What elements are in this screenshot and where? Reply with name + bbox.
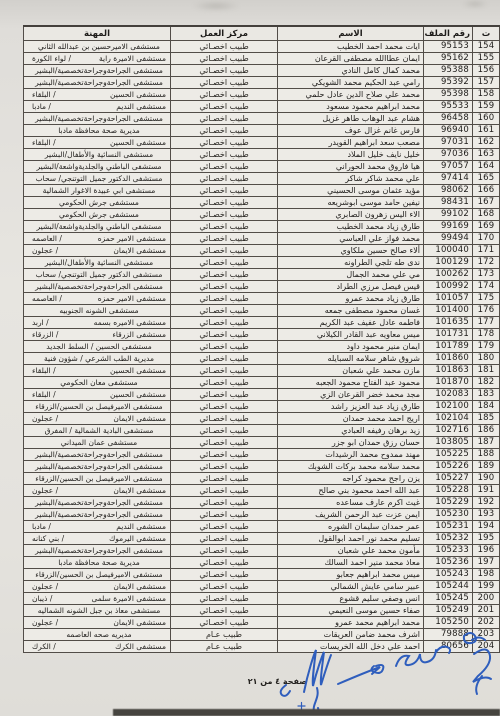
employee-name: ندى طه تلجي الطراونه	[278, 257, 424, 269]
work-center: طبيب اخصـائي	[171, 149, 278, 161]
job-cell-inner: مستشفى الجراحةوجراحةتخصصية/البشير	[28, 461, 166, 472]
job-cell-inner: مستشفى اليرموك / بني كنانه	[28, 533, 166, 544]
file-number: 95392	[424, 77, 473, 89]
table-row: 154 95153 ايات محمد احمد الخطيب طبيب اخص…	[24, 41, 500, 53]
table-row: 187 103805 حسان رزق حمدان ابو جزر طبيب ا…	[24, 437, 500, 449]
employee-name: يزن راجح محمود كراجه	[278, 473, 424, 485]
employee-name: عبير سامي عايش الشمالي	[278, 581, 424, 593]
file-number: 97414	[424, 173, 473, 185]
job-cell-inner: مستشفى النسائية والأطفال/البشير	[28, 257, 166, 268]
work-center: طبيب اخصـائي	[171, 593, 278, 605]
employee-name: عمر حمدان سليمان الشوره	[278, 521, 424, 533]
scanned-document-page: ت رقم الملف الاسم مركز العمل المهنة 154 …	[0, 0, 500, 716]
work-center: طبيب اخصـائي	[171, 509, 278, 521]
table-row: 168 99102 الاء اليس زهرون الصابري طبيب ا…	[24, 209, 500, 221]
work-center: طبيب اخصـائي	[171, 569, 278, 581]
row-number: 168	[473, 209, 500, 221]
table-row: 183 102083 مجد محمد خضر القرعان الزي طبي…	[24, 389, 500, 401]
job-cell-inner: مستشفى الاميرفيصل بن الحسين/الزرقاء	[28, 569, 166, 580]
employee-name: علي محمد شاكر شاكر	[278, 173, 424, 185]
row-number: 163	[473, 149, 500, 161]
file-number: 101789	[424, 341, 473, 353]
employee-name: شروق شاهر سلامه السبايله	[278, 353, 424, 365]
file-number: 101731	[424, 329, 473, 341]
work-center: طبيب اخصـائي	[171, 449, 278, 461]
job-title: مستشفى الجراحةوجراحةتخصصية/البشير	[35, 497, 163, 508]
file-number: 101400	[424, 305, 473, 317]
column-header-serial: ت	[473, 26, 500, 41]
scan-smudge	[192, 1, 240, 11]
employee-name: محمد علي صلاح الدين عادل حلمي	[278, 89, 424, 101]
job-title: مستشفى الجراحةوجراحةتخصصية/البشير	[35, 65, 163, 76]
job-cell-inner: مستشفى الكرك / الكرك	[28, 641, 166, 652]
employee-name: اريج احمد محمد حمدان	[278, 413, 424, 425]
file-number: 97036	[424, 149, 473, 161]
table-row: 157 95392 رامي عبد الحكيم محمد الشويكي ط…	[24, 77, 500, 89]
table-row: 184 102100 طارق زياد عبد العزيز راشد طبي…	[24, 401, 500, 413]
job-location: / عجلون	[28, 245, 58, 256]
work-center: طبيب اخصـائي	[171, 497, 278, 509]
job-title: مديرية صحة محافظة مادبا	[58, 557, 140, 568]
job-title: مستشفى الحسين	[110, 89, 166, 100]
file-number: 105244	[424, 581, 473, 593]
file-number: 100040	[424, 245, 473, 257]
work-center: طبيب اخصـائي	[171, 257, 278, 269]
employee-name: ايمان عطاالله مصطفى القرعان	[278, 53, 424, 65]
work-center: طبيب اخصـائي	[171, 113, 278, 125]
job-location: / البلقاء	[28, 389, 56, 400]
table-row: 192 105229 غيث اكرم عارف مساعده طبيب اخص…	[24, 497, 500, 509]
work-center: طبيب اخصـائي	[171, 461, 278, 473]
job-cell-inner: مستشفى الايمان / عجلون	[28, 617, 166, 628]
work-center: طبيب اخصـائي	[171, 125, 278, 137]
work-center: طبيب اخصـائي	[171, 617, 278, 629]
job-cell-inner: مستشفى معان الحكومي	[28, 377, 166, 388]
job-title: مستشفى الحسين	[110, 365, 166, 376]
table-row: 160 96458 هشام عبد الوهاب طاهر غزيل طبيب…	[24, 113, 500, 125]
job-title: مستشفى النديم	[116, 521, 166, 532]
job-title: مستشفى الجراحةوجراحةتخصصية/البشير	[35, 77, 163, 88]
row-number: 176	[473, 305, 500, 317]
work-center: طبيب اخصـائي	[171, 401, 278, 413]
job-title: مستشفى الحسين / السلط الجديد	[46, 341, 151, 352]
employee-name: طارق زياد عبد العزيز راشد	[278, 401, 424, 413]
table-row: 186 102716 زيد برهان رفيفه العبادي طبيب …	[24, 425, 500, 437]
job-cell-inner: مستشفى النديم / مادبا	[28, 101, 166, 112]
file-number: 105243	[424, 569, 473, 581]
work-center: طبيب اخصـائي	[171, 341, 278, 353]
work-center: طبيب اخصـائي	[171, 245, 278, 257]
job-cell-inner: مستشفى الحسين / البلقاء	[28, 137, 166, 148]
row-number: 159	[473, 101, 500, 113]
job-cell-inner: مستشفى الجراحةوجراحةتخصصية/البشير	[28, 545, 166, 556]
table-row: 172 100129 ندى طه تلجي الطراونه طبيب اخص…	[24, 257, 500, 269]
row-number: 185	[473, 413, 500, 425]
signature-middle-flick	[436, 647, 450, 653]
job-title: مستشفى الجراحةوجراحةتخصصية/البشير	[35, 545, 163, 556]
job-location: / الكرك	[28, 641, 56, 652]
work-center: طبيب اخصـائي	[171, 77, 278, 89]
employee-name: محمد ابراهيم محمد عمرو	[278, 617, 424, 629]
work-center: طبيب اخصـائي	[171, 353, 278, 365]
row-number: 175	[473, 293, 500, 305]
file-number: 101863	[424, 365, 473, 377]
work-center: طبيب اخصـائي	[171, 65, 278, 77]
job-title: مستشفى الامير حمزه	[98, 293, 166, 304]
employee-name: الاء اليس زهرون الصابري	[278, 209, 424, 221]
employee-name: غسان محمود مصطفى جمعه	[278, 305, 424, 317]
job-title: مستشفى الكرك	[115, 641, 166, 652]
signature-middle-squiggle	[396, 650, 436, 666]
file-number: 101860	[424, 353, 473, 365]
job-location: / العاصمه	[28, 233, 62, 244]
work-center: طبيب اخصـائي	[171, 557, 278, 569]
work-center: طبيب اخصـائي	[171, 269, 278, 281]
table-row: 176 101400 غسان محمود مصطفى جمعه طبيب اخ…	[24, 305, 500, 317]
row-number: 188	[473, 449, 500, 461]
job-cell-inner: مستشفى الايمان / عجلون	[28, 413, 166, 424]
file-number: 105226	[424, 461, 473, 473]
row-number: 161	[473, 125, 500, 137]
work-center: طبيب اخصـائي	[171, 425, 278, 437]
job-location: / بني كنانه	[28, 533, 64, 544]
file-number: 102104	[424, 413, 473, 425]
row-number: 173	[473, 269, 500, 281]
table-row: 171 100040 ألاء صالح حسين ملكاوي طبيب اخ…	[24, 245, 500, 257]
file-number: 95398	[424, 89, 473, 101]
job-cell-inner: مستشفى الاميرة راية / لواء الكورة	[28, 53, 166, 64]
job-location: / الزرقاء	[28, 329, 58, 340]
row-number: 194	[473, 521, 500, 533]
row-number: 170	[473, 233, 500, 245]
table-row: 194 105231 عمر حمدان سليمان الشوره طبيب …	[24, 521, 500, 533]
work-center: طبيب اخصـائي	[171, 581, 278, 593]
job-location: / مادبا	[28, 521, 51, 532]
row-number: 202	[473, 617, 500, 629]
work-center: طبيب اخصـائي	[171, 413, 278, 425]
work-center: طبيب اخصـائي	[171, 101, 278, 113]
row-number: 192	[473, 497, 500, 509]
table-row: 163 97036 خليل نايف خليل الملاد طبيب اخص…	[24, 149, 500, 161]
file-number: 100129	[424, 257, 473, 269]
row-number: 157	[473, 77, 500, 89]
job-title: مستشفى البادية الشمالية / المفرق	[45, 425, 154, 436]
table-row: 201 105249 صفاء حسين موسى النعيمي طبيب ا…	[24, 605, 500, 617]
job-cell-inner: مستشفى البادية الشمالية / المفرق	[28, 425, 166, 436]
file-number: 105231	[424, 521, 473, 533]
job-title: مستشفى معان الحكومي	[60, 377, 137, 388]
job-cell-inner: مستشفى الاميرة سلمى / ذيبان	[28, 593, 166, 604]
job-cell-inner: مستشفى الايمان / عجلون	[28, 245, 166, 256]
table-row: 156 95388 محمد كمال كامل النادي طبيب اخص…	[24, 65, 500, 77]
job-location: / البلقاء	[28, 137, 56, 148]
employee-name: رامي عبد الحكيم محمد الشويكي	[278, 77, 424, 89]
row-number: 171	[473, 245, 500, 257]
row-number: 181	[473, 365, 500, 377]
job-title: مستشفى الاميرفيصل بن الحسين/الزرقاء	[35, 473, 162, 484]
employee-name: طارق زياد محمد الخطيب	[278, 221, 424, 233]
employee-name: ألاء صالح حسين ملكاوي	[278, 245, 424, 257]
file-number: 103805	[424, 437, 473, 449]
staff-roster-table: ت رقم الملف الاسم مركز العمل المهنة 154 …	[23, 25, 500, 653]
job-cell-inner: مستشفى ابي عبيدة الاغوار الشمالية	[28, 185, 166, 196]
job-title: مستشفى الدكتور جميل التوتنجي/ سحاب	[36, 173, 163, 184]
job-title: مستشفى الجراحةوجراحةتخصصية/البشير	[35, 461, 163, 472]
job-title: مستشفى الاميرحسين بن عبدالله الثاني	[38, 41, 160, 52]
row-number: 162	[473, 137, 500, 149]
table-row: 159 95533 محمد ابراهيم محمود مسعود طبيب …	[24, 101, 500, 113]
job-cell-inner: مستشفى الباطني والجلديةواشعة/البشير	[28, 161, 166, 172]
employee-name: ايمن عزت عبد الرحمن الشريف	[278, 509, 424, 521]
column-header-profession: المهنة	[24, 26, 171, 41]
job-location: / البلقاء	[28, 89, 56, 100]
column-header-name: الاسم	[278, 26, 424, 41]
job-cell-inner: مستشفى الدكتور جميل التوتنجي/ سحاب	[28, 173, 166, 184]
table-row: 181 101863 مازن محمد علي شعبان طبيب اخصـ…	[24, 365, 500, 377]
job-cell-inner: مستشفى الجراحةوجراحةتخصصية/البشير	[28, 449, 166, 460]
table-row: 199 105244 عبير سامي عايش الشمالي طبيب ا…	[24, 581, 500, 593]
scan-edge-bar	[113, 709, 500, 716]
employee-name: مجد محمد خضر القرعان الزي	[278, 389, 424, 401]
file-number: 105227	[424, 473, 473, 485]
signature-arrow	[338, 667, 380, 684]
work-center: طبيب اخصـائي	[171, 53, 278, 65]
job-title: مستشفى الايمان	[113, 581, 166, 592]
row-number: 196	[473, 545, 500, 557]
work-center: طبيب اخصـائي	[171, 185, 278, 197]
employee-name: هشام عبد الوهاب طاهر غزيل	[278, 113, 424, 125]
row-number: 179	[473, 341, 500, 353]
job-title: مستشفى الايمان	[113, 617, 166, 628]
employee-name: طارق زياد محمد عمرو	[278, 293, 424, 305]
job-title: مستشفى الايمان	[113, 245, 166, 256]
job-title: مستشفى الاميرفيصل بن الحسين/الزرقاء	[35, 569, 162, 580]
work-center: طبيب اخصـائي	[171, 197, 278, 209]
job-cell-inner: مستشفى الزرقاء / الزرقاء	[28, 329, 166, 340]
table-row: 202 105250 محمد ابراهيم محمد عمرو طبيب ا…	[24, 617, 500, 629]
employee-name: فارس غانم غزال عوف	[278, 125, 424, 137]
file-number: 96458	[424, 113, 473, 125]
signature-right-dash	[472, 638, 485, 641]
job-cell-inner: مستشفى الحسين / البلقاء	[28, 389, 166, 400]
job-cell-inner: مستشفى الباطني والجلديةواشعة/البشير	[28, 221, 166, 232]
row-number: 166	[473, 185, 500, 197]
table-row: 158 95398 محمد علي صلاح الدين عادل حلمي …	[24, 89, 500, 101]
employee-name: معاذ محمد منير احمد السالك	[278, 557, 424, 569]
work-center: طبيب عـام	[171, 629, 278, 641]
job-cell-inner: مستشفى الامير حمزه / العاصمه	[28, 293, 166, 304]
table-row: 189 105226 محمد سلامه محمد بركات الشوبك …	[24, 461, 500, 473]
employee-name: انس وصفي سليم قشوع	[278, 593, 424, 605]
job-title: مستشفى الزرقاء	[112, 329, 166, 340]
table-row: 188 105225 مهند ممدوح محمد الرشيدات طبيب…	[24, 449, 500, 461]
work-center: طبيب اخصـائي	[171, 89, 278, 101]
table-row: 182 101870 محمود عبد الفتاح محمود الجعبه…	[24, 377, 500, 389]
job-location: / عجلون	[28, 413, 58, 424]
job-title: مستشفى الايمان	[113, 413, 166, 424]
file-number: 105250	[424, 617, 473, 629]
file-number: 105230	[424, 509, 473, 521]
employee-name: مؤيد عثمان موسى الحسيني	[278, 185, 424, 197]
job-title: مستشفى النسائية والأطفال/البشير	[45, 257, 153, 268]
job-title: مستشفى الجراحةوجراحةتخصصية/البشير	[35, 281, 163, 292]
work-center: طبيب اخصـائي	[171, 233, 278, 245]
job-title: مديرية صحة محافظة مادبا	[58, 125, 140, 136]
table-row: 179 101789 ايمان منير محمود داود طبيب اخ…	[24, 341, 500, 353]
job-cell-inner: مستشفى الجراحةوجراحةتخصصية/البشير	[28, 281, 166, 292]
row-number: 167	[473, 197, 500, 209]
job-title: مديريه صحه العاصمه	[66, 629, 131, 640]
job-title: مستشفى ابي عبيدة الاغوار الشمالية	[43, 185, 156, 196]
employee-name: صفاء حسين موسى النعيمي	[278, 605, 424, 617]
row-number: 169	[473, 221, 500, 233]
job-title: مستشفى اليرموك	[109, 533, 166, 544]
file-number: 95162	[424, 53, 473, 65]
table-row: 198 105243 ميس محمد ابراهيم جعابو طبيب ا…	[24, 569, 500, 581]
row-number: 184	[473, 401, 500, 413]
work-center: طبيب اخصـائي	[171, 389, 278, 401]
job-cell-inner: مستشفى جرش الحكومي	[28, 197, 166, 208]
job-title: مستشفى الجراحةوجراحةتخصصية/البشير	[35, 449, 163, 460]
work-center: طبيب اخصـائي	[171, 161, 278, 173]
table-row: 196 105233 مأمون محمد علي شعبان طبيب اخص…	[24, 545, 500, 557]
table-row: 170 99494 محمد فواز علي العباسي طبيب اخص…	[24, 233, 500, 245]
work-center: طبيب اخصـائي	[171, 317, 278, 329]
row-number: 174	[473, 281, 500, 293]
table-row: 174 100992 قيس فيصل مرزي الطراد طبيب اخص…	[24, 281, 500, 293]
employee-name: غيث اكرم عارف مساعده	[278, 497, 424, 509]
job-cell-inner: مستشفى جرش الحكومي	[28, 209, 166, 220]
employee-name: حسان رزق حمدان ابو جزر	[278, 437, 424, 449]
file-number: 99169	[424, 221, 473, 233]
job-title: مستشفى النديم	[116, 101, 166, 112]
employee-name: محمد فواز علي العباسي	[278, 233, 424, 245]
table-row: 191 105228 عبد الله احمد محمود بني صالح …	[24, 485, 500, 497]
work-center: طبيب اخصـائي	[171, 305, 278, 317]
job-title: مستشفى الباطني والجلديةواشعة/البشير	[36, 221, 161, 232]
row-number: 182	[473, 377, 500, 389]
work-center: طبيب اخصـائي	[171, 521, 278, 533]
file-number: 100262	[424, 269, 473, 281]
table-row: 166 98062 مؤيد عثمان موسى الحسيني طبيب ا…	[24, 185, 500, 197]
table-row: 177 101635 فاطمه عادل عفيف عبد الكريم طب…	[24, 317, 500, 329]
table-row: 190 105227 يزن راجح محمود كراجه طبيب اخص…	[24, 473, 500, 485]
job-cell-inner: مديريه صحه العاصمه	[28, 629, 166, 640]
job-cell-inner: مستشفى الحسين / البلقاء	[28, 89, 166, 100]
table-row: 180 101860 شروق شاهر سلامه السبايله طبيب…	[24, 353, 500, 365]
job-cell-inner: مستشفى الجراحةوجراحةتخصصية/البشير	[28, 113, 166, 124]
row-number: 172	[473, 257, 500, 269]
scan-smudge	[462, 0, 488, 8]
row-number: 180	[473, 353, 500, 365]
job-title: مستشفى الباطني والجلديةواشعة/البشير	[36, 161, 161, 172]
table-row: 161 96940 فارس غانم غزال عوف طبيب اخصـائ…	[24, 125, 500, 137]
employee-name: مأمون محمد علي شعبان	[278, 545, 424, 557]
job-cell-inner: مستشفى الامير حمزه / العاصمه	[28, 233, 166, 244]
job-title: مستشفى عمان الميداني	[61, 437, 137, 448]
job-title: مستشفى الجراحةوجراحةتخصصية/البشير	[35, 509, 163, 520]
work-center: طبيب اخصـائي	[171, 533, 278, 545]
file-number: 105228	[424, 485, 473, 497]
job-location: / مادبا	[28, 101, 51, 112]
table-row: 175 101057 طارق زياد محمد عمرو طبيب اخصـ…	[24, 293, 500, 305]
job-location: / عجلون	[28, 485, 58, 496]
file-number: 102716	[424, 425, 473, 437]
row-number: 155	[473, 53, 500, 65]
row-number: 201	[473, 605, 500, 617]
row-number: 160	[473, 113, 500, 125]
job-cell-inner: مستشفى معاذ بن جبل الشونه الشماليه	[28, 605, 166, 616]
signature-w-scrawl	[304, 650, 331, 692]
file-number: 99102	[424, 209, 473, 221]
employee-name: محمد ابراهيم محمود مسعود	[278, 101, 424, 113]
table-row: 164 97057 هيا فاروق محمد الحوراني طبيب ا…	[24, 161, 500, 173]
job-location: / عجلون	[28, 617, 58, 628]
file-number: 95388	[424, 65, 473, 77]
file-number: 105249	[424, 605, 473, 617]
signature-big-tail	[476, 676, 482, 694]
row-number: 187	[473, 437, 500, 449]
work-center: طبيب اخصـائي	[171, 137, 278, 149]
job-title: مستشفى النسائية والأطفال/البشير	[45, 149, 153, 160]
file-number: 105225	[424, 449, 473, 461]
job-cell-inner: مستشفى عمان الميداني	[28, 437, 166, 448]
job-cell-inner: مستشفى الحسين / البلقاء	[28, 365, 166, 376]
employee-name: نيفين حامد موسى ابوشريعه	[278, 197, 424, 209]
work-center: طبيب اخصـائي	[171, 329, 278, 341]
file-number: 97031	[424, 137, 473, 149]
job-title: مستشفى جرش الحكومي	[59, 209, 139, 220]
work-center: طبيب اخصـائي	[171, 545, 278, 557]
file-number: 105229	[424, 497, 473, 509]
job-cell-inner: مستشفى النسائية والأطفال/البشير	[28, 149, 166, 160]
job-cell-inner: مستشفى الاميرفيصل بن الحسين/الزرقاء	[28, 401, 166, 412]
work-center: طبيب اخصـائي	[171, 221, 278, 233]
employee-name: مي علي محمد الجمال	[278, 269, 424, 281]
file-number: 99494	[424, 233, 473, 245]
row-number: 177	[473, 317, 500, 329]
row-number: 158	[473, 89, 500, 101]
row-number: 165	[473, 173, 500, 185]
work-center: طبيب اخصـائي	[171, 605, 278, 617]
table-row: 197 105236 معاذ محمد منير احمد السالك طب…	[24, 557, 500, 569]
employee-name: محمد كمال كامل النادي	[278, 65, 424, 77]
job-location: / عجلون	[28, 581, 58, 592]
job-cell-inner: مستشفى الاميرفيصل بن الحسين/الزرقاء	[28, 473, 166, 484]
row-number: 189	[473, 461, 500, 473]
work-center: طبيب اخصـائي	[171, 281, 278, 293]
job-location: / البلقاء	[28, 365, 56, 376]
file-number: 105236	[424, 557, 473, 569]
job-cell-inner: مستشفى الجراحةوجراحةتخصصية/البشير	[28, 77, 166, 88]
job-cell-inner: مستشفى الاميرحسين بن عبدالله الثاني	[28, 41, 166, 52]
table-row: 178 101731 ميس معاويه عبد القادر الكيلان…	[24, 329, 500, 341]
employee-name: زيد برهان رفيفه العبادي	[278, 425, 424, 437]
employee-name: ميس معاويه عبد القادر الكيلاني	[278, 329, 424, 341]
table-row: 169 99169 طارق زياد محمد الخطيب طبيب اخص…	[24, 221, 500, 233]
employee-name: ميس محمد ابراهيم جعابو	[278, 569, 424, 581]
roster-body: 154 95153 ايات محمد احمد الخطيب طبيب اخص…	[24, 41, 500, 653]
employee-name: خليل نايف خليل الملاد	[278, 149, 424, 161]
table-row: 195 105232 تسليم محمد نور احمد ابوالقول …	[24, 533, 500, 545]
file-number: 102100	[424, 401, 473, 413]
employee-name: قيس فيصل مرزي الطراد	[278, 281, 424, 293]
file-number: 95153	[424, 41, 473, 53]
employee-name: مصعب سعد ابراهيم القويدر	[278, 137, 424, 149]
job-cell-inner: مديرية الطب الشرعي / شؤون فنية	[28, 353, 166, 364]
job-cell-inner: مديرية صحة محافظة مادبا	[28, 557, 166, 568]
employee-name: تسليم محمد نور احمد ابوالقول	[278, 533, 424, 545]
